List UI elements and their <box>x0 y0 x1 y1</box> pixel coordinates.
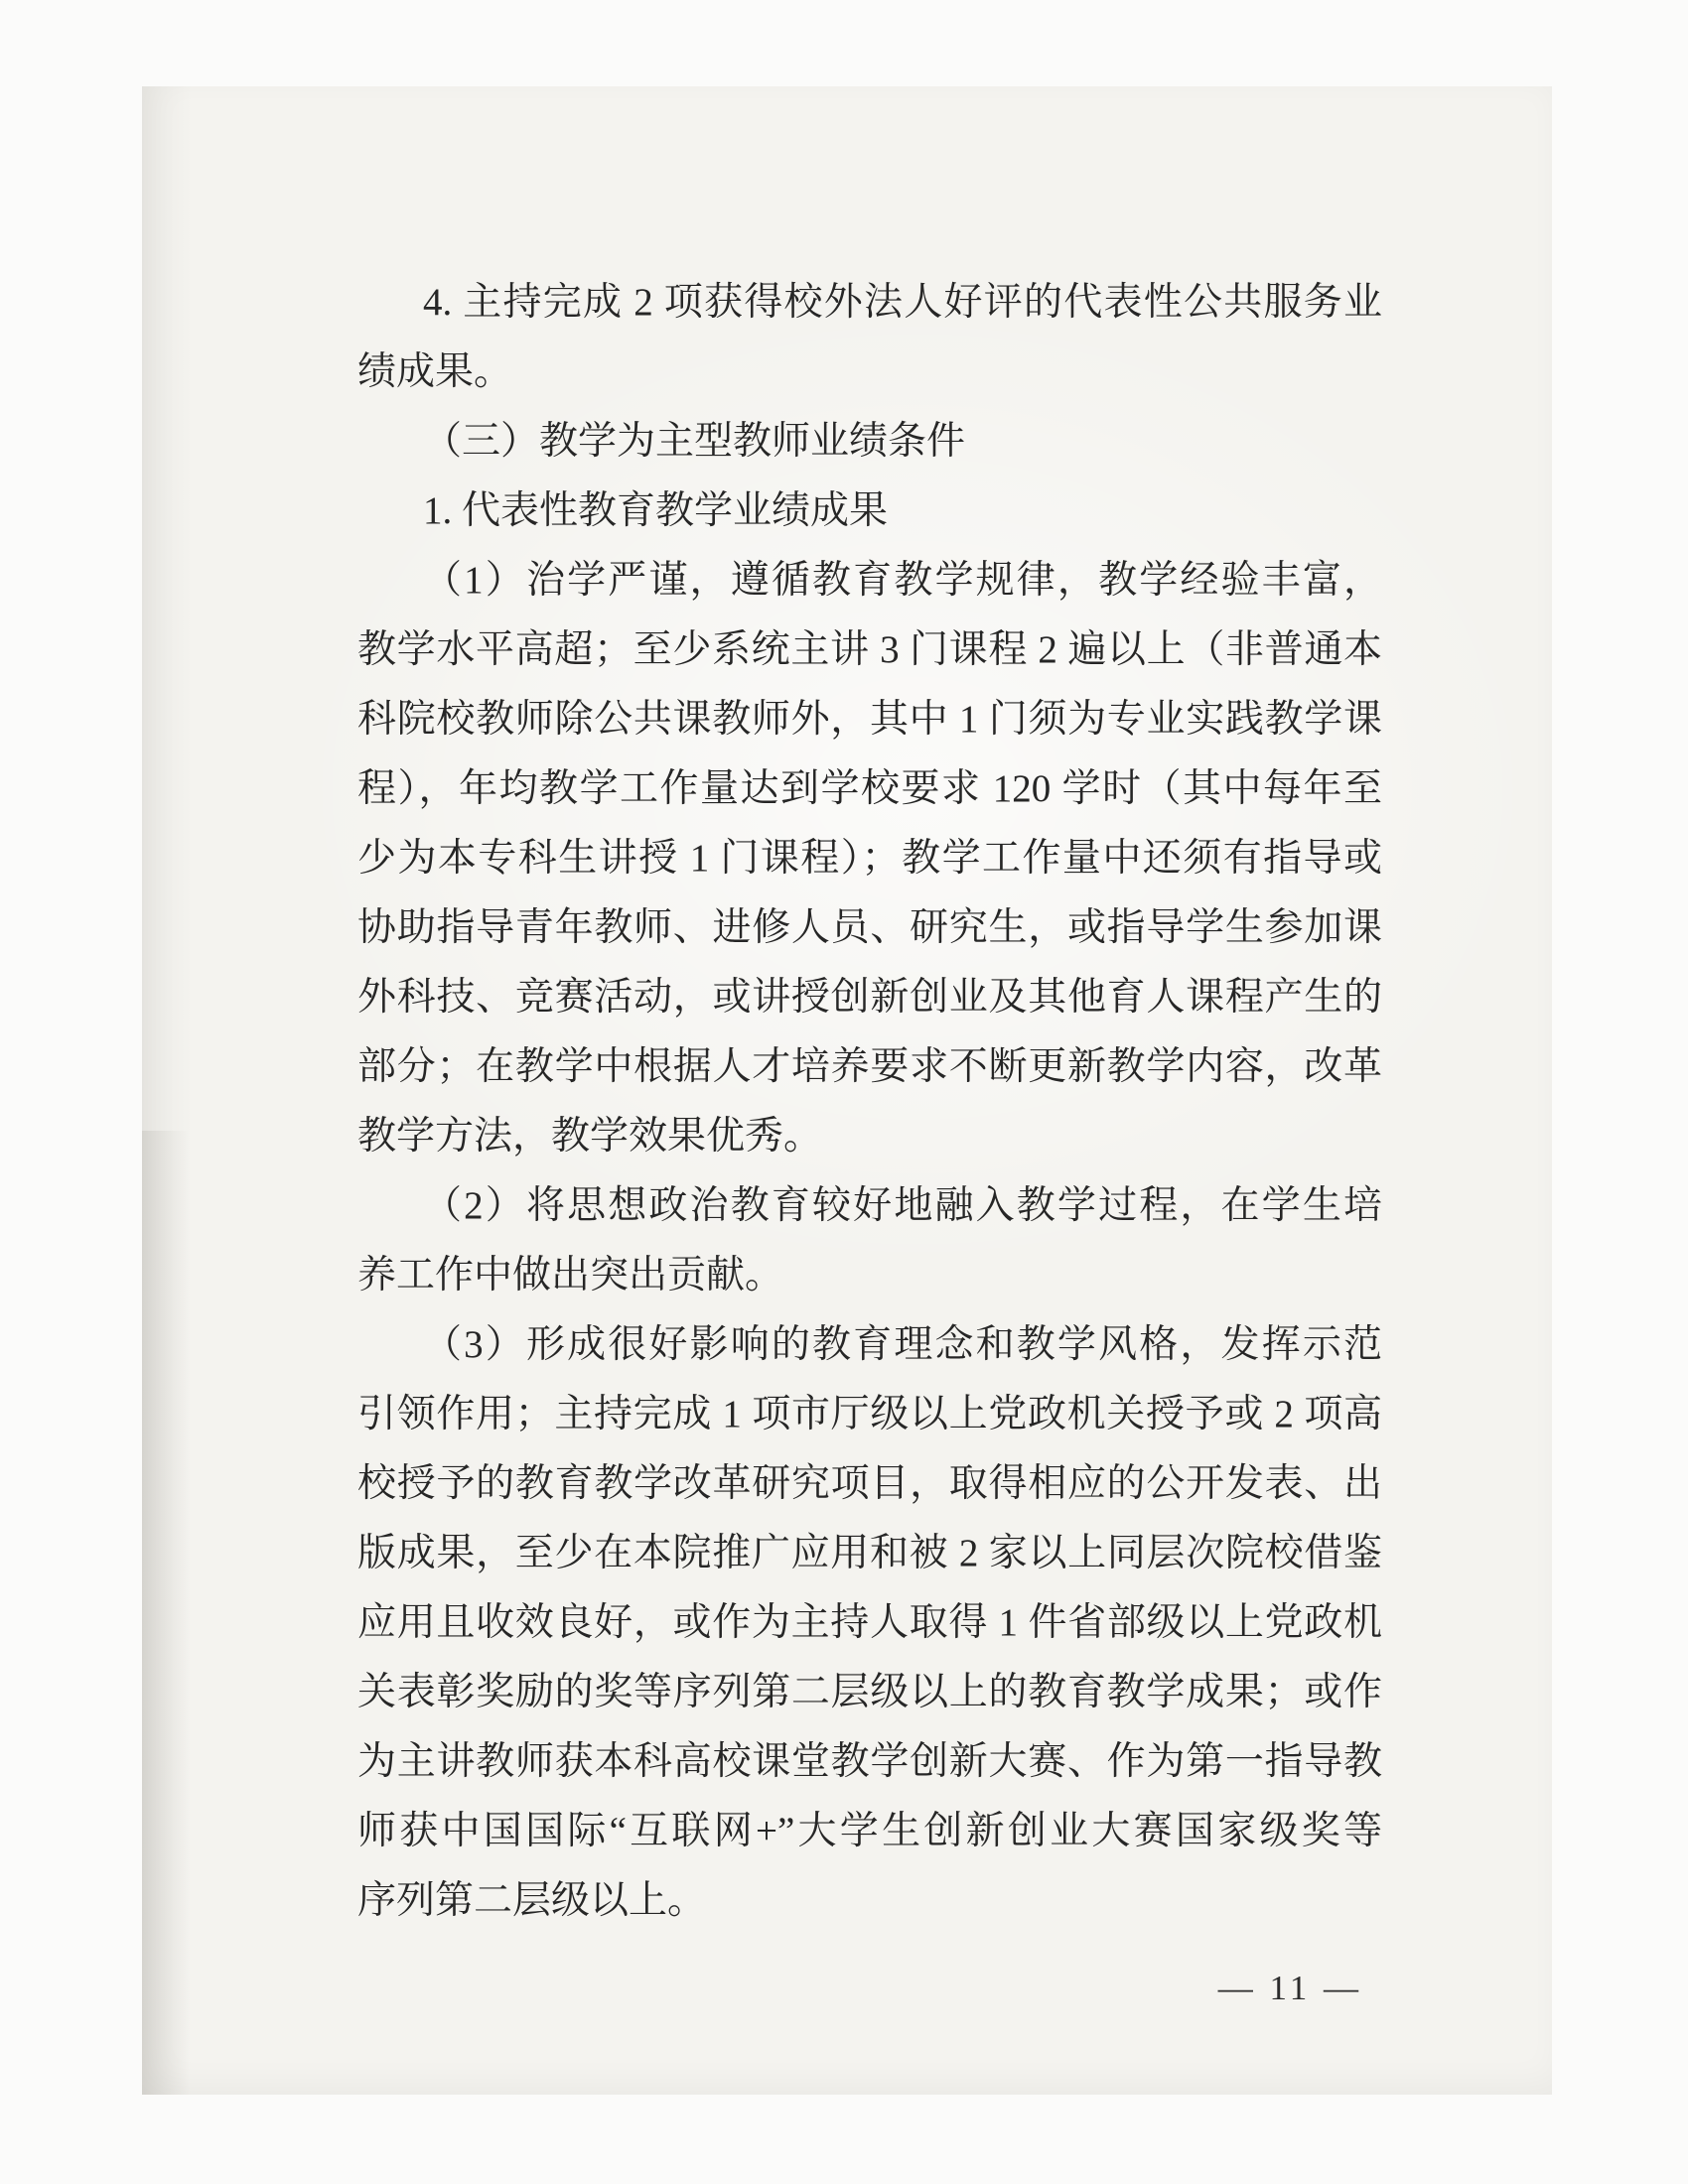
text-line: 为主讲教师获本科高校课堂教学创新大赛、作为第一指导教 <box>357 1727 1382 1797</box>
text-line: 少为本专科生讲授 1 门课程）；教学工作量中还须有指导或 <box>357 824 1382 893</box>
text-line: 应用且收效良好，或作为主持人取得 1 件省部级以上党政机 <box>357 1588 1382 1658</box>
text-line: 4. 主持完成 2 项获得校外法人好评的代表性公共服务业 <box>357 268 1382 338</box>
text-line: 协助指导青年教师、进修人员、研究生，或指导学生参加课 <box>357 893 1382 963</box>
text-line: 关表彰奖励的奖等序列第二层级以上的教育教学成果；或作 <box>357 1658 1382 1727</box>
text-line: 1. 代表性教育教学业绩成果 <box>357 477 1382 546</box>
text-line: 校授予的教育教学改革研究项目，取得相应的公开发表、出 <box>357 1449 1382 1519</box>
text-line: 版成果，至少在本院推广应用和被 2 家以上同层次院校借鉴 <box>357 1519 1382 1588</box>
text-line: （2）将思想政治教育较好地融入教学过程，在学生培 <box>357 1171 1382 1241</box>
text-line: 科院校教师除公共课教师外，其中 1 门须为专业实践教学课 <box>357 685 1382 754</box>
text-line: 部分；在教学中根据人才培养要求不断更新教学内容，改革 <box>357 1032 1382 1102</box>
text-line: 绩成果。 <box>357 338 1382 407</box>
text-line: 养工作中做出突出贡献。 <box>357 1241 1382 1310</box>
text-line: 教学水平高超；至少系统主讲 3 门课程 2 遍以上（非普通本 <box>357 615 1382 685</box>
text-line: 外科技、竞赛活动，或讲授创新创业及其他育人课程产生的 <box>357 963 1382 1032</box>
text-line: 序列第二层级以上。 <box>357 1866 1382 1936</box>
text-line: （3）形成很好影响的教育理念和教学风格，发挥示范 <box>357 1310 1382 1380</box>
document-body-text: 4. 主持完成 2 项获得校外法人好评的代表性公共服务业绩成果。（三）教学为主型… <box>357 268 1382 1936</box>
text-line: （三）教学为主型教师业绩条件 <box>357 407 1382 477</box>
text-line: 程），年均教学工作量达到学校要求 120 学时（其中每年至 <box>357 754 1382 824</box>
text-line: 教学方法，教学效果优秀。 <box>357 1102 1382 1171</box>
text-line: 引领作用；主持完成 1 项市厅级以上党政机关授予或 2 项高 <box>357 1380 1382 1449</box>
text-line: 师获中国国际“互联网+”大学生创新创业大赛国家级奖等 <box>357 1797 1382 1866</box>
text-line: （1）治学严谨，遵循教育教学规律，教学经验丰富， <box>357 546 1382 615</box>
page-number: — 11 — <box>1218 1964 1362 2013</box>
scanned-paper-sheet: 4. 主持完成 2 项获得校外法人好评的代表性公共服务业绩成果。（三）教学为主型… <box>142 86 1552 2095</box>
